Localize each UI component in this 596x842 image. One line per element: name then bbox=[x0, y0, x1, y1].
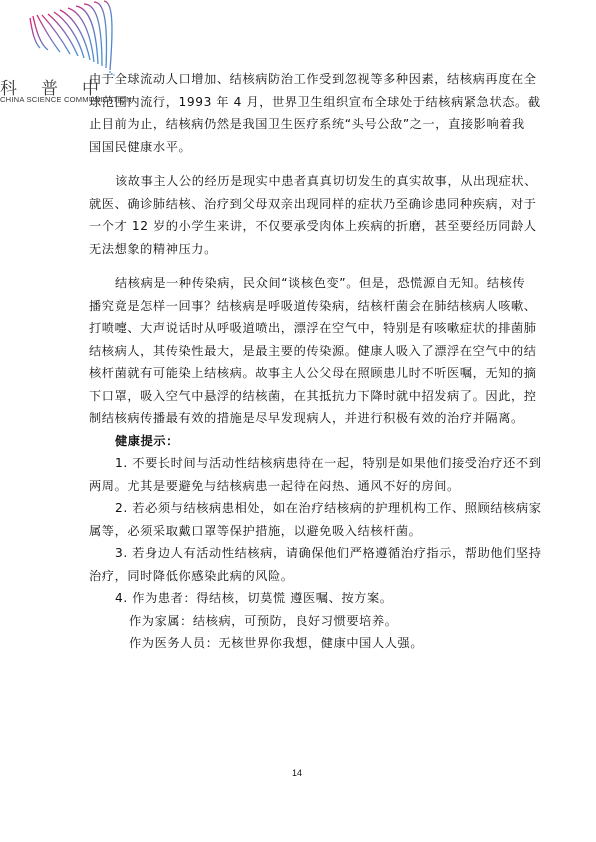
text-line: 4. 作为患者：得结核，切莫慌 遵医嘱、按方案。 bbox=[89, 587, 579, 610]
text-line: 一个才 12 岁的小学生来讲，不仅要承受肉体上疾病的折磨，甚至要经历同龄人 bbox=[89, 215, 579, 238]
text-line: 无法想象的精神压力。 bbox=[89, 238, 579, 261]
health-tips-list: 1. 不要长时间与活动性结核病患待在一起，特别是如果他们接受治疗还不到 两周。尤… bbox=[89, 452, 579, 655]
health-tip-item: 2. 若必须与结核病患相处，如在治疗结核病的护理机构工作、照顾结核病家 属等，必… bbox=[89, 497, 579, 542]
text-line: 球范围内流行，1993 年 4 月，世界卫生组织宣布全球处于结核病紧急状态。截 bbox=[89, 91, 579, 114]
text-line: 作为家属：结核病，可预防，良好习惯要培养。 bbox=[89, 610, 579, 633]
document-body: 由于全球流动人口增加、结核病防治工作受到忽视等多种因素，结核病再度在全 球范围内… bbox=[89, 68, 579, 655]
text-line: 属等，必须采取戴口罩等保护措施，以避免吸入结核杆菌。 bbox=[89, 520, 579, 543]
health-tip-item: 4. 作为患者：得结核，切莫慌 遵医嘱、按方案。 作为家属：结核病，可预防，良好… bbox=[89, 587, 579, 655]
text-line: 制结核病传播最有效的措施是尽早发现病人，并进行积极有效的治疗并隔离。 bbox=[89, 407, 579, 430]
text-line: 止目前为止，结核病仍然是我国卫生医疗系统“头号公敌”之一，直接影响着我 bbox=[89, 113, 579, 136]
text-line: 下口罩，吸入空气中悬浮的结核菌，在其抵抗力下降时就中招发病了。因此，控 bbox=[89, 385, 579, 408]
china-science-communication-logo: 科普中 CHINA SCIENCE COMMUNICATION bbox=[0, 0, 160, 110]
text-line: 结核病是一种传染病，民众间“谈核色变”。但是，恐慌源自无知。结核传 bbox=[89, 272, 579, 295]
text-line: 由于全球流动人口增加、结核病防治工作受到忽视等多种因素，结核病再度在全 bbox=[89, 68, 579, 91]
health-tip-item: 1. 不要长时间与活动性结核病患待在一起，特别是如果他们接受治疗还不到 两周。尤… bbox=[89, 452, 579, 497]
text-line: 2. 若必须与结核病患相处，如在治疗结核病的护理机构工作、照顾结核病家 bbox=[89, 497, 579, 520]
paragraph-transmission: 结核病是一种传染病，民众间“谈核色变”。但是，恐慌源自无知。结核传 播究竟是怎样… bbox=[89, 272, 579, 430]
text-line: 两周。尤其是要避免与结核病患一起待在闷热、通风不好的房间。 bbox=[89, 475, 579, 498]
health-tip-item: 3. 若身边人有活动性结核病，请确保他们严格遵循治疗指示，帮助他们坚持 治疗，同… bbox=[89, 542, 579, 587]
logo-ribbon-icon bbox=[22, 0, 132, 76]
logo-english-text: CHINA SCIENCE COMMUNICATION bbox=[0, 95, 132, 104]
text-line: 1. 不要长时间与活动性结核病患待在一起，特别是如果他们接受治疗还不到 bbox=[89, 452, 579, 475]
health-tips-heading: 健康提示： bbox=[89, 430, 579, 453]
text-line: 作为医务人员：无核世界你我想，健康中国人人强。 bbox=[89, 632, 579, 655]
text-line: 治疗，同时降低你感染此病的风险。 bbox=[89, 565, 579, 588]
text-line: 打喷嚏、大声说话时从呼吸道喷出，漂浮在空气中，特别是有咳嗽症状的排菌肺 bbox=[89, 317, 579, 340]
text-line: 核杆菌就有可能染上结核病。故事主人公父母在照顾患儿时不听医嘱，无知的摘 bbox=[89, 362, 579, 385]
text-line: 3. 若身边人有活动性结核病，请确保他们严格遵循治疗指示，帮助他们坚持 bbox=[89, 542, 579, 565]
text-line: 就医、确诊肺结核、治疗到父母双亲出现同样的症状乃至确诊患同种疾病，对于 bbox=[89, 193, 579, 216]
paragraph-intro: 由于全球流动人口增加、结核病防治工作受到忽视等多种因素，结核病再度在全 球范围内… bbox=[89, 68, 579, 158]
page-number: 14 bbox=[292, 768, 302, 778]
text-line: 国国民健康水平。 bbox=[89, 136, 579, 159]
text-line: 结核病人，其传染性最大，是最主要的传染源。健康人吸入了漂浮在空气中的结 bbox=[89, 340, 579, 363]
text-line: 播究竟是怎样一回事？结核病是呼吸道传染病，结核杆菌会在肺结核病人咳嗽、 bbox=[89, 295, 579, 318]
paragraph-story: 该故事主人公的经历是现实中患者真真切切发生的真实故事，从出现症状、 就医、确诊肺… bbox=[89, 170, 579, 260]
text-line: 该故事主人公的经历是现实中患者真真切切发生的真实故事，从出现症状、 bbox=[89, 170, 579, 193]
